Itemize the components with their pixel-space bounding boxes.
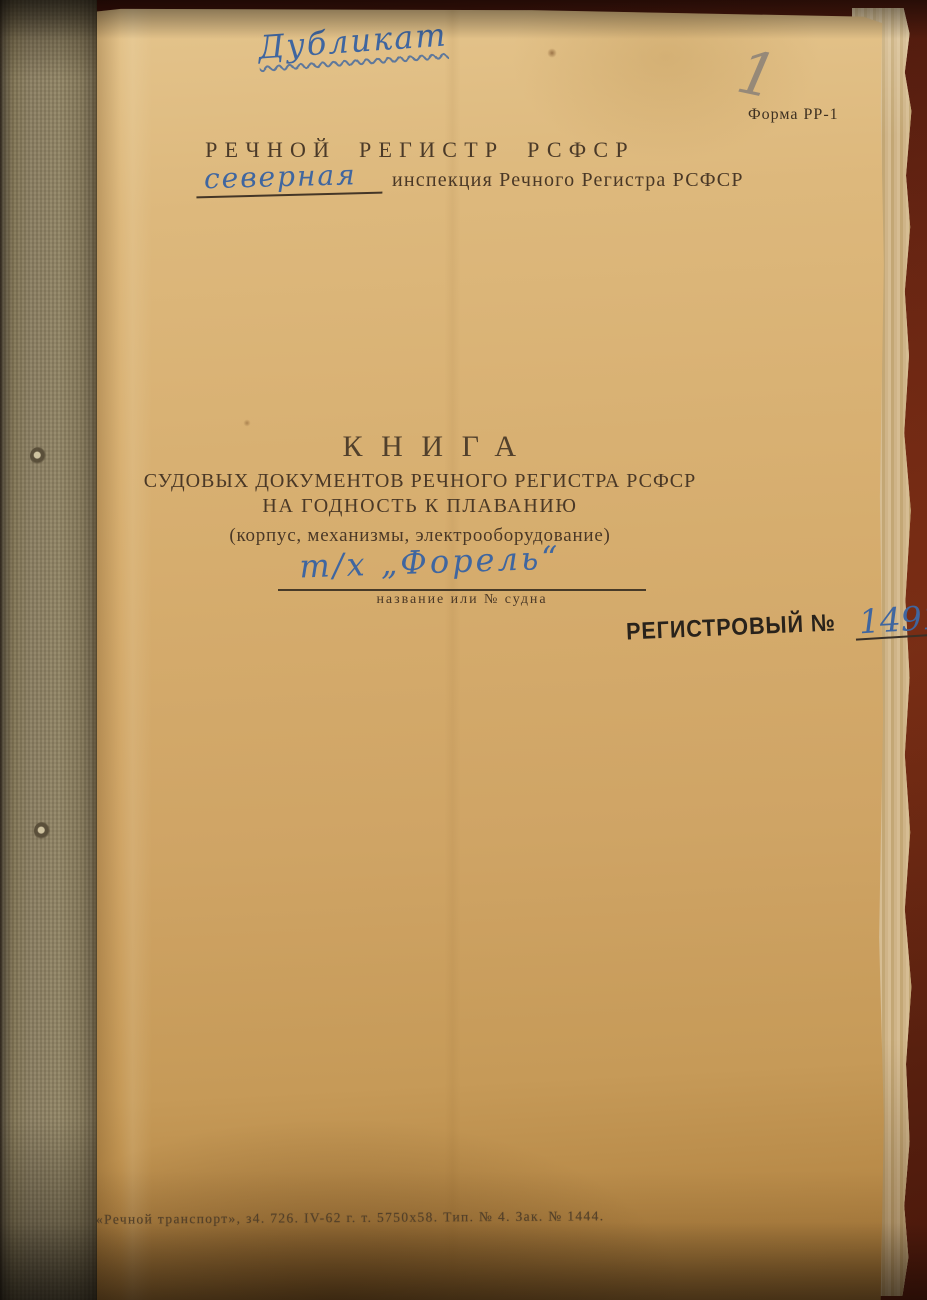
inspection-line: северная инспекция Речного Регистра РСФС… <box>196 162 744 196</box>
spine-hole-bottom <box>34 822 50 840</box>
book-title: КНИГА <box>140 430 719 464</box>
vessel-name-caption: название или № судна <box>278 592 646 608</box>
handwritten-inspection-name: северная <box>196 160 383 199</box>
handwritten-registry-number: 14913 <box>854 599 927 640</box>
subtitle-line-1: СУДОВЫХ ДОКУМЕНТОВ РЕЧНОГО РЕГИСТРА РСФС… <box>110 470 730 493</box>
spine-hole-top <box>30 447 46 465</box>
vessel-name-rule <box>278 589 646 591</box>
cover-paper <box>97 5 887 1300</box>
subtitle-line-2: НА ГОДНОСТЬ К ПЛАВАНИЮ <box>110 495 730 518</box>
organization-title: РЕЧНОЙ РЕГИСТР РСФСР <box>140 137 700 163</box>
photo-scene: Дубликат 1 Форма РР-1 РЕЧНОЙ РЕГИСТР РСФ… <box>0 0 927 1300</box>
inspection-printed-label: инспекция Речного Регистра РСФСР <box>382 169 744 196</box>
book-spine <box>0 0 97 1300</box>
form-code-label: Форма РР-1 <box>748 106 839 124</box>
